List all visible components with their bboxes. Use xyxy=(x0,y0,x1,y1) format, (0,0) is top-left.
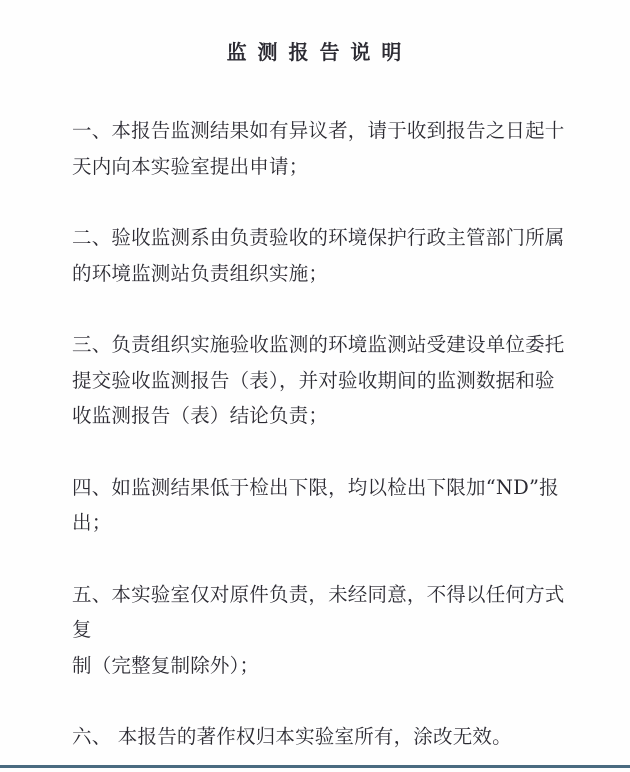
page-title: 监 测 报 告 说 明 xyxy=(0,0,630,65)
notice-list: 一、本报告监测结果如有异议者，请于收到报告之日起十 天内向本实验室提出申请； 二… xyxy=(0,113,630,755)
notice-item-4: 四、如监测结果低于检出下限，均以检出下限加“ND”报 出； xyxy=(72,470,570,541)
footer-divider-line xyxy=(0,765,630,768)
notice-item-1: 一、本报告监测结果如有异议者，请于收到报告之日起十 天内向本实验室提出申请； xyxy=(72,113,570,184)
notice-item-3: 三、负责组织实施验收监测的环境监测站受建设单位委托 提交验收监测报告（表），并对… xyxy=(72,327,570,434)
notice-item-6: 六、 本报告的著作权归本实验室所有，涂改无效。 xyxy=(72,719,570,755)
document-page: 监 测 报 告 说 明 一、本报告监测结果如有异议者，请于收到报告之日起十 天内… xyxy=(0,0,630,772)
notice-item-2: 二、验收监测系由负责验收的环境保护行政主管部门所属 的环境监测站负责组织实施； xyxy=(72,220,570,291)
notice-item-5: 五、本实验室仅对原件负责，未经同意，不得以任何方式复 制（完整复制除外）； xyxy=(72,577,570,684)
